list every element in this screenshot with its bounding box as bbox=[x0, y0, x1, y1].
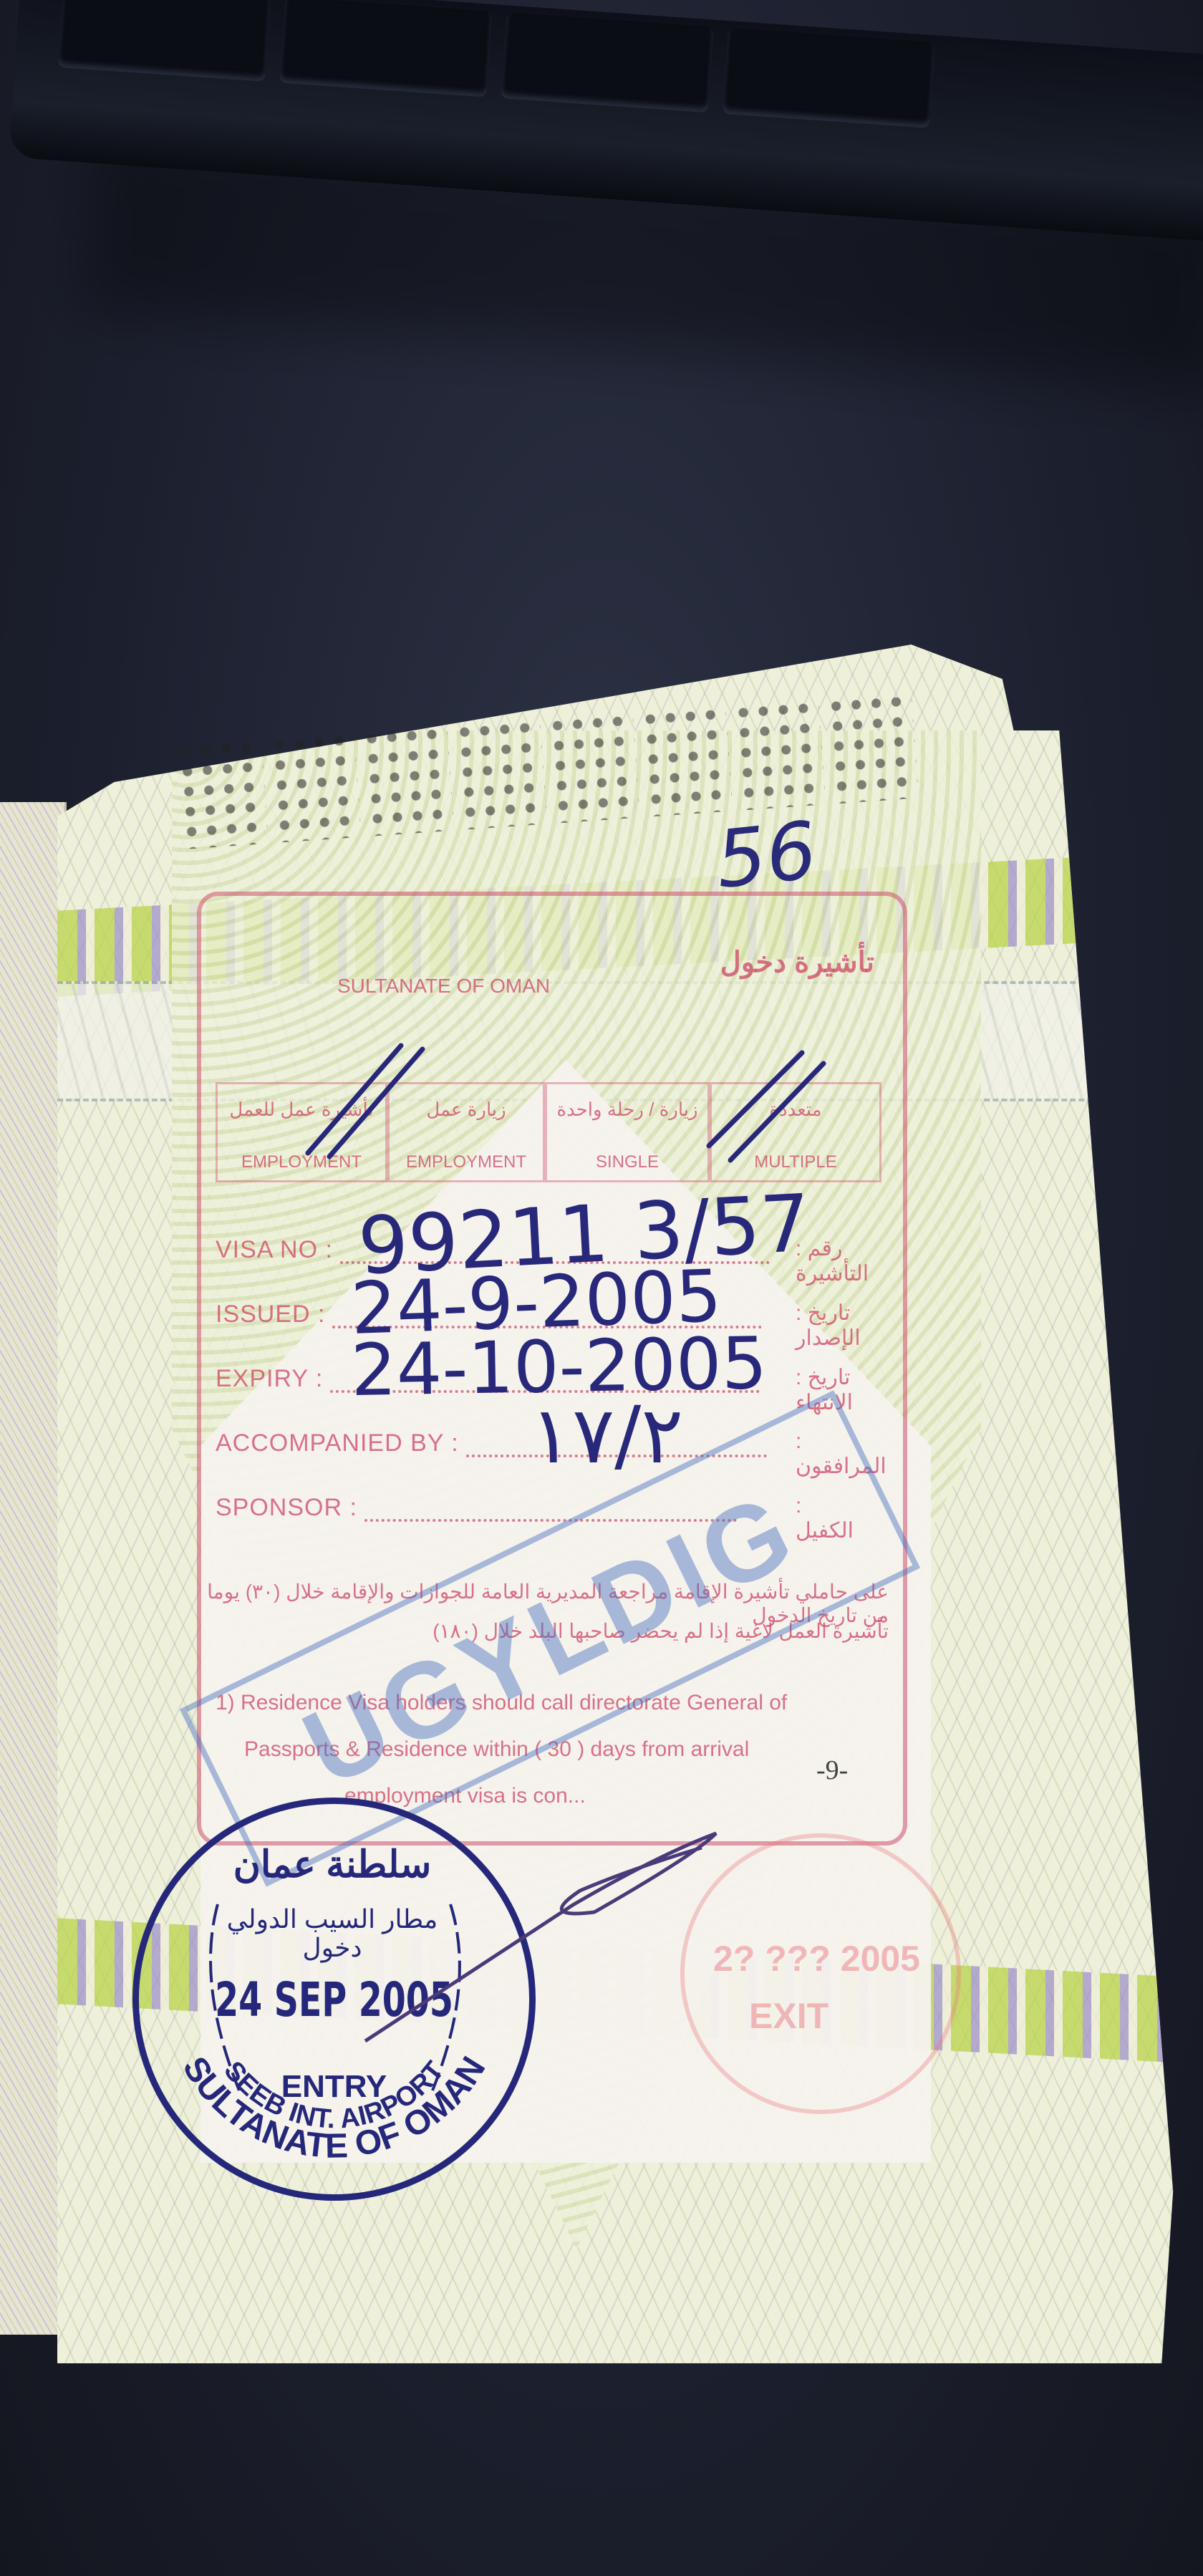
page-number: -9- bbox=[816, 1755, 848, 1786]
exit-stamp-type: EXIT bbox=[749, 1995, 828, 2037]
handwritten-sponsor: ١٧/٢ bbox=[530, 1389, 683, 1481]
exit-stamp-date: 2? ??? 2005 bbox=[713, 1938, 920, 1979]
signature bbox=[358, 1826, 730, 2055]
